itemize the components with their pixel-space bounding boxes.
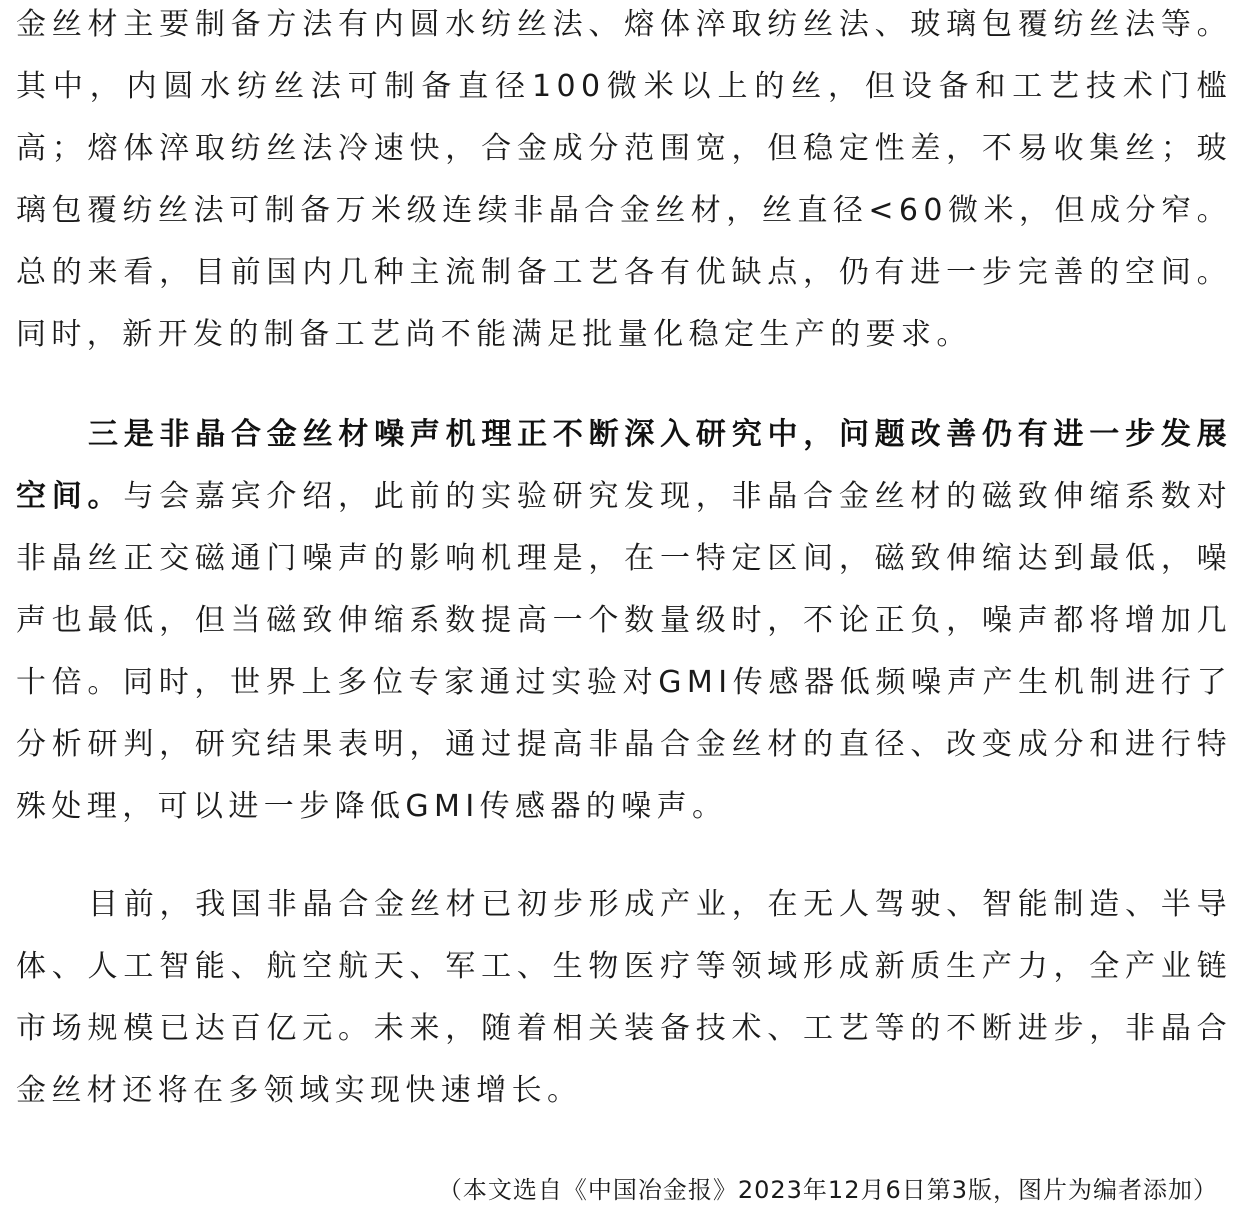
paragraph-text: 与会嘉宾介绍，此前的实验研究发现，非晶合金丝材的磁致伸缩系数对非晶丝正交磁通门噪… bbox=[16, 479, 1232, 824]
paragraph-preparation-methods: 金丝材主要制备方法有内圆水纺丝法、熔体淬取纺丝法、玻璃包覆纺丝法等。其中，内圆水… bbox=[16, 0, 1232, 366]
paragraph-text: 金丝材主要制备方法有内圆水纺丝法、熔体淬取纺丝法、玻璃包覆纺丝法等。其中，内圆水… bbox=[16, 7, 1232, 352]
paragraph-noise-mechanism: 三是非晶合金丝材噪声机理正不断深入研究中，问题改善仍有进一步发展空间。与会嘉宾介… bbox=[16, 404, 1232, 838]
paragraph-industry-outlook: 目前，我国非晶合金丝材已初步形成产业，在无人驾驶、智能制造、半导体、人工智能、航… bbox=[16, 874, 1232, 1122]
paragraph-text: 目前，我国非晶合金丝材已初步形成产业，在无人驾驶、智能制造、半导体、人工智能、航… bbox=[16, 887, 1232, 1108]
source-note: （本文选自《中国冶金报》2023年12月6日第3版，图片为编者添加） bbox=[438, 1172, 1218, 1208]
